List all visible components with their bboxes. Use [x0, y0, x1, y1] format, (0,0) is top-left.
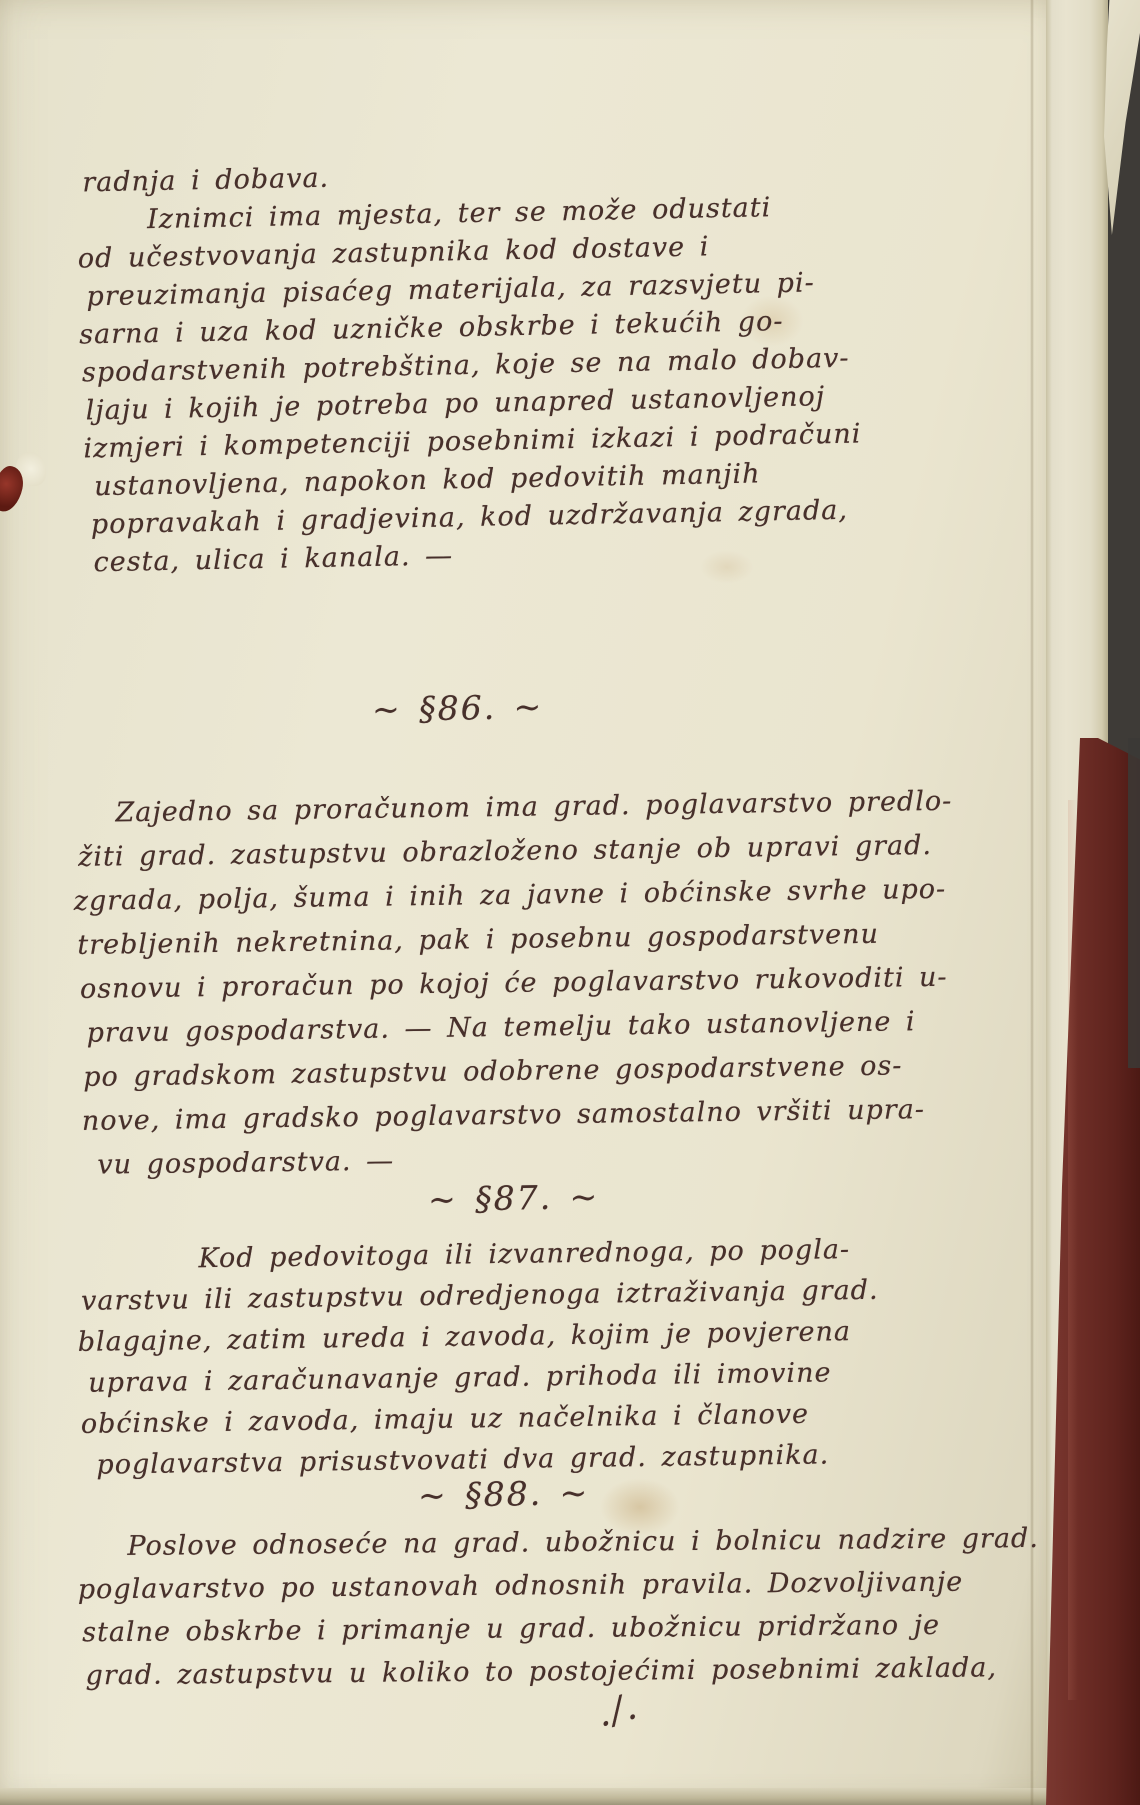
background-shadow — [1128, 738, 1140, 1068]
page-bottom-edge — [0, 1788, 1046, 1805]
manuscript-line: grad. zastupstvu u koliko to postojećimi… — [85, 1646, 997, 1697]
paragraph-intro: radnja i dobava. Iznimci ima mjesta, ter… — [0, 151, 782, 584]
paragraph-86: Zajedno sa proračunom ima grad. poglavar… — [0, 781, 875, 1189]
section-heading-87: ~ §87. ~ — [428, 1177, 600, 1219]
torn-paper-corner — [1104, 0, 1140, 235]
book-cover-sheen — [1068, 800, 1078, 1700]
paragraph-88: Poslove odnoseće na grad. ubožnicu i bol… — [0, 1518, 912, 1698]
paragraph-87: Kod pedovitoga ili izvanrednoga, po pogl… — [0, 1230, 799, 1487]
section-heading-86: ~ §86. ~ — [372, 687, 544, 729]
manuscript-scan: { "manuscript": { "intro": { "lines": [ … — [0, 0, 1140, 1805]
section-heading-88: ~ §88. ~ — [418, 1473, 590, 1515]
